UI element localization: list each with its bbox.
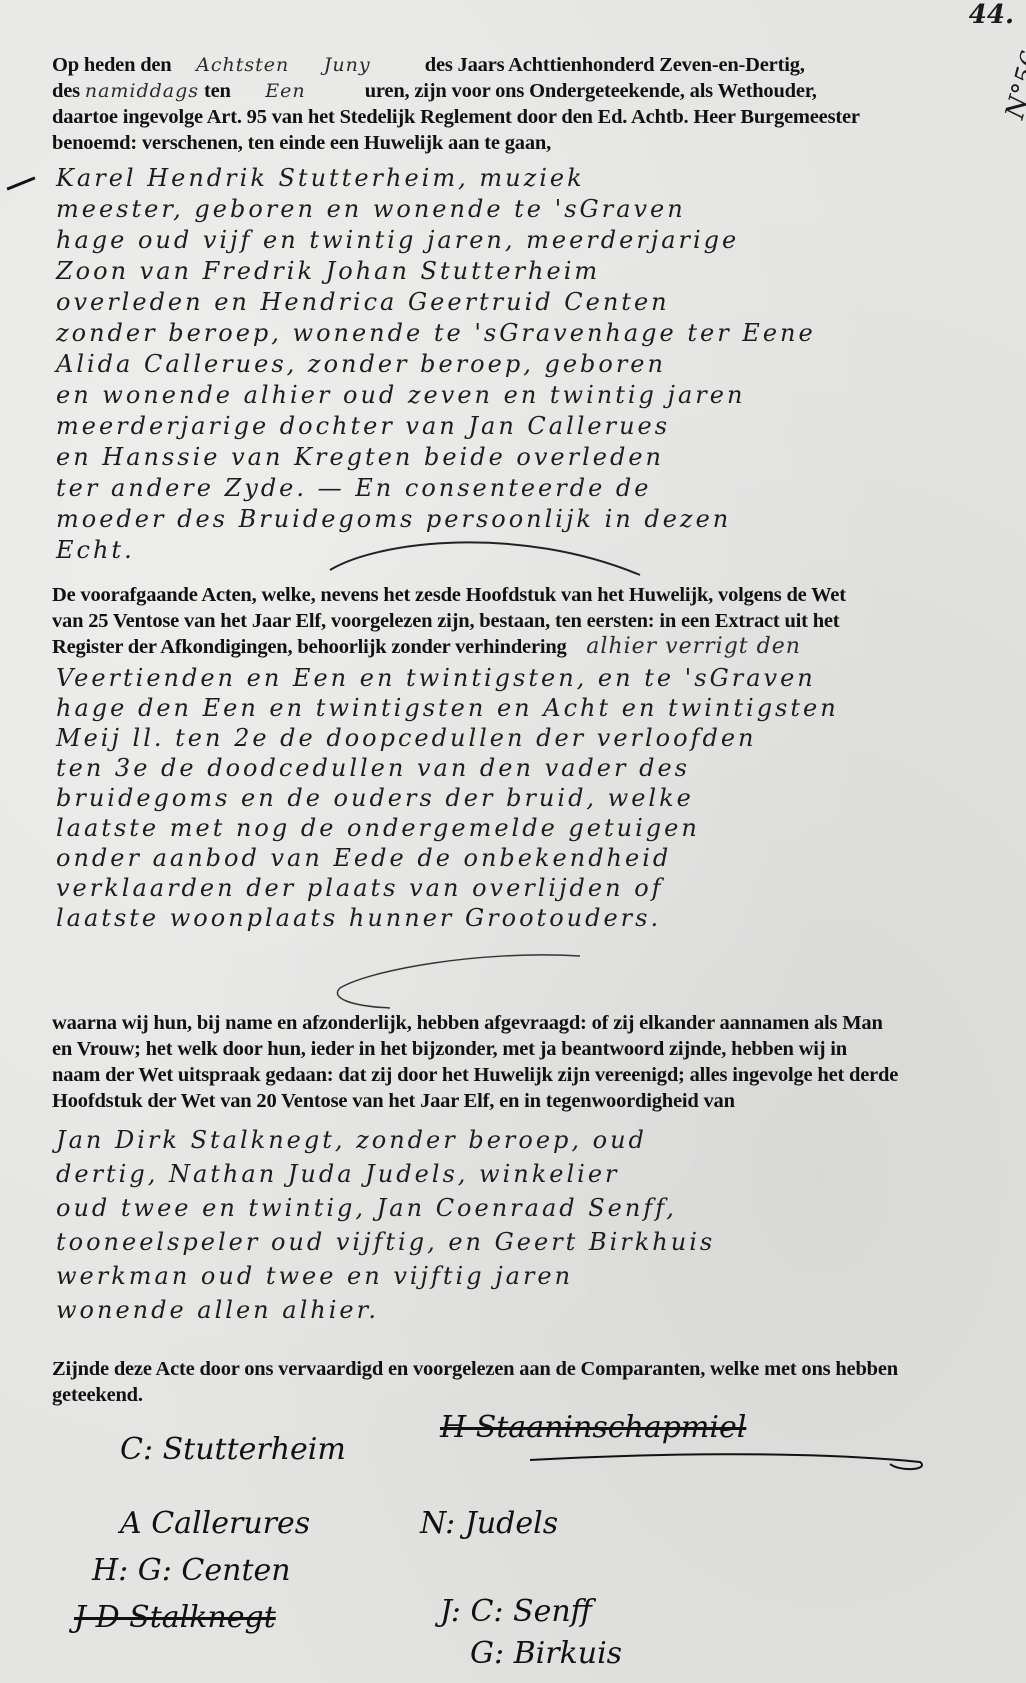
date-day: Achtsten	[196, 54, 289, 76]
declaration-line-4: Hoofdstuk der Wet van 20 Ventose van het…	[52, 1088, 980, 1114]
hand-line: overleden en Hendrica Geertruid Centen	[56, 288, 1006, 319]
hand-line: tooneelspeler oud vijftig, en Geert Birk…	[56, 1228, 1006, 1262]
hand-line: meester, geboren en wonende te 'sGraven	[56, 195, 1006, 226]
hand-line: Karel Hendrik Stutterheim, muziek	[56, 164, 1006, 195]
hand-line: Meij ll. ten 2e de doopcedullen der verl…	[56, 724, 1006, 754]
closing-flourish-2	[330, 950, 630, 1010]
entry-bracket-mark	[7, 176, 36, 190]
opening-line-2: des namiddags ten Een uren, zijn voor on…	[52, 78, 980, 104]
hand-line: Alida Callerues, zonder beroep, geboren	[56, 350, 1006, 381]
opening-line-1: Op heden den Achtsten Juny des Jaars Ach…	[52, 52, 980, 78]
hand-line: hage oud vijf en twintig jaren, meerderj…	[56, 226, 1006, 257]
closing-line-1: Zijnde deze Acte door ons vervaardigd en…	[52, 1356, 980, 1382]
documents-line-3: Register der Afkondigingen, behoorlijk z…	[52, 634, 980, 660]
opening-paragraph: Op heden den Achtsten Juny des Jaars Ach…	[52, 52, 980, 156]
signature-witness-birkuis: G: Birkuis	[470, 1636, 622, 1671]
signature-witness-senff: J: C: Senff	[440, 1594, 592, 1629]
closing-paragraph: Zijnde deze Acte door ons vervaardigd en…	[52, 1356, 980, 1408]
hand-line: Zoon van Fredrik Johan Stutterheim	[56, 257, 1006, 288]
declaration-paragraph: waarna wij hun, bij name en afzonderlijk…	[52, 1010, 980, 1114]
signature-groom-mother: H: G: Centen	[92, 1553, 291, 1588]
signature-witness-judels: N: Judels	[420, 1506, 558, 1541]
hand-line: en Hanssie van Kregten beide overleden	[56, 443, 1006, 474]
hand-line: dertig, Nathan Juda Judels, winkelier	[56, 1160, 1006, 1194]
declaration-line-2: en Vrouw; het welk door hun, ieder in he…	[52, 1036, 980, 1062]
documents-line-1: De voorafgaande Acten, welke, nevens het…	[52, 582, 980, 608]
hand-line: laatste met nog de ondergemelde getuigen	[56, 814, 1006, 844]
hand-line: wonende allen alhier.	[56, 1296, 1006, 1330]
signature-groom: C: Stutterheim	[120, 1432, 346, 1467]
hand-line: Veertienden en Een en twintigsten, en te…	[56, 664, 1006, 694]
record-number-margin-note: N°56	[1000, 48, 1026, 122]
day-part: namiddags	[85, 80, 199, 102]
hand-line: hage den Een en twintigsten en Acht en t…	[56, 694, 1006, 724]
folio-number: 44.	[969, 0, 1014, 30]
closing-line-2: geteekend.	[52, 1382, 980, 1408]
hand-line: oud twee en twintig, Jan Coenraad Senff,	[56, 1194, 1006, 1228]
signature-witness-stalknegt: J D Stalknegt	[74, 1600, 276, 1635]
hand-line: Jan Dirk Stalknegt, zonder beroep, oud	[56, 1126, 1006, 1160]
documents-paragraph: De voorafgaande Acten, welke, nevens het…	[52, 582, 980, 660]
declaration-line-3: naam der Wet uitspraak gedaan: dat zij d…	[52, 1062, 980, 1088]
hand-line: verklaarden der plaats van overlijden of	[56, 874, 1006, 904]
hand-line: bruidegoms en de ouders der bruid, welke	[56, 784, 1006, 814]
hour: Een	[265, 80, 305, 102]
officiant-underline	[520, 1440, 940, 1480]
hand-line: zonder beroep, wonende te 'sGravenhage t…	[56, 319, 1006, 350]
witnesses-handwritten: Jan Dirk Stalknegt, zonder beroep, oud d…	[56, 1126, 1006, 1330]
hand-line: laatste woonplaats hunner Grootouders.	[56, 904, 1006, 934]
signature-officiant: H Staaninschapmiel	[440, 1410, 746, 1445]
documents-line-2: van 25 Ventose van het Jaar Elf, voorgel…	[52, 608, 980, 634]
hand-line: moeder des Bruidegoms persoonlijk in dez…	[56, 505, 1006, 536]
opening-line-3: daartoe ingevolge Art. 95 van het Stedel…	[52, 104, 980, 130]
hand-line: onder aanbod van Eede de onbekendheid	[56, 844, 1006, 874]
documents-handwritten: Veertienden en Een en twintigsten, en te…	[56, 664, 1006, 934]
opening-line-4: benoemd: verschenen, ten einde een Huwel…	[52, 130, 980, 156]
hand-line: ter andere Zyde. — En consenteerde de	[56, 474, 1006, 505]
parties-handwritten: Karel Hendrik Stutterheim, muziek meeste…	[56, 164, 1006, 567]
marriage-record-page: 44. N°56 Op heden den Achtsten Juny des …	[0, 0, 1026, 1683]
hand-line: werkman oud twee en vijftig jaren	[56, 1262, 1006, 1296]
date-month: Juny	[324, 54, 371, 76]
hand-line: ten 3e de doodcedullen van den vader des	[56, 754, 1006, 784]
hand-line: en wonende alhier oud zeven en twintig j…	[56, 381, 1006, 412]
signature-bride: A Callerures	[120, 1506, 310, 1541]
declaration-line-1: waarna wij hun, bij name en afzonderlijk…	[52, 1010, 980, 1036]
hand-line: Echt.	[56, 536, 1006, 567]
hand-line: meerderjarige dochter van Jan Callerues	[56, 412, 1006, 443]
